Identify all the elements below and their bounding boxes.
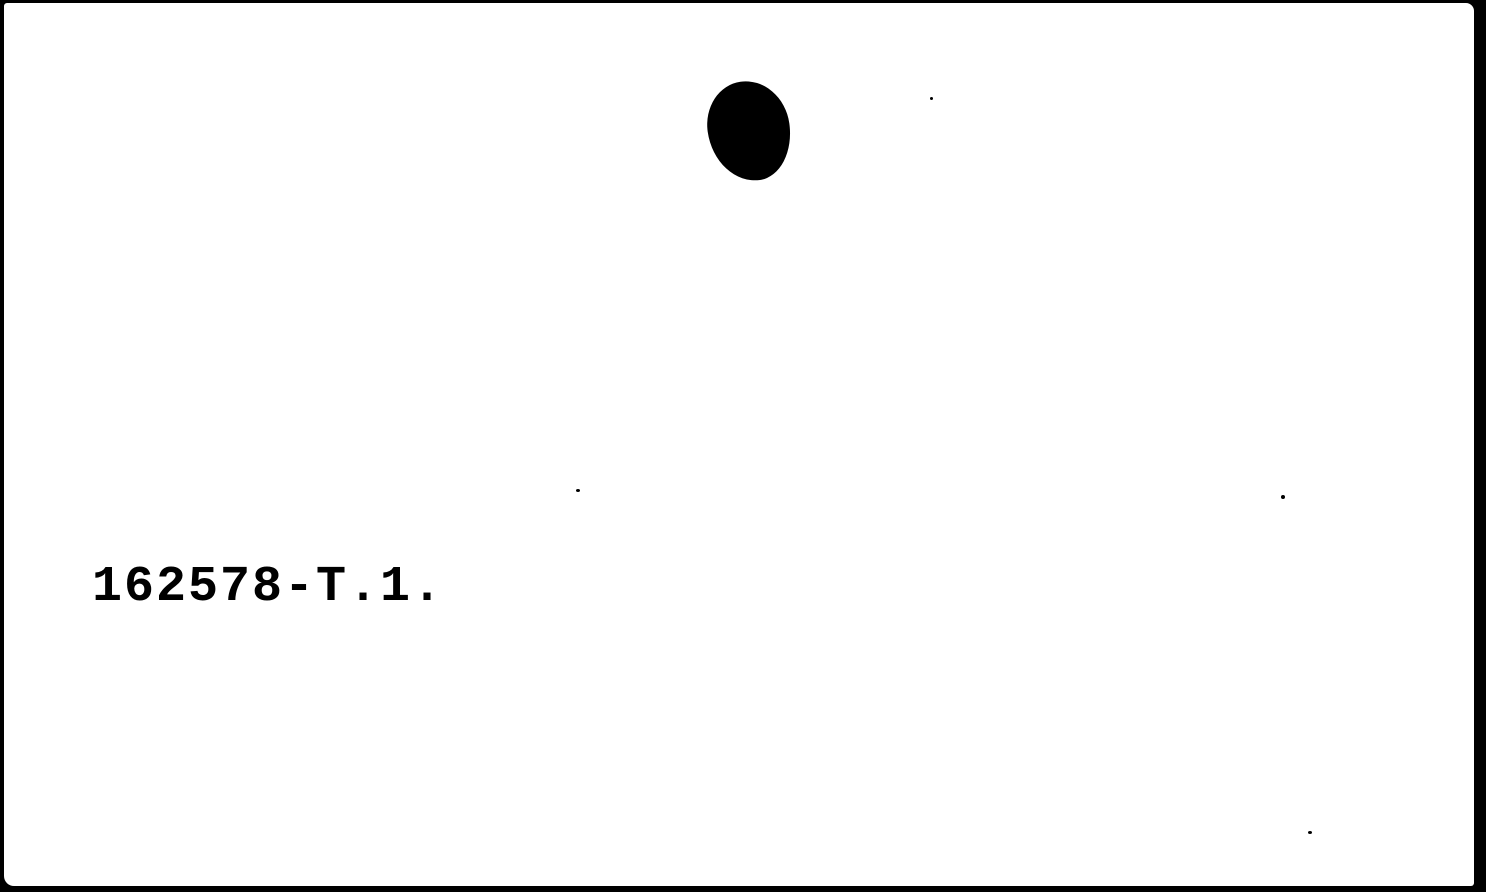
dust-speck [1308, 831, 1312, 834]
dust-speck [930, 97, 933, 100]
card-id-text: 162578-T.1. [92, 559, 444, 616]
dust-speck [1281, 495, 1285, 499]
catalog-card: 162578-T.1. [4, 3, 1474, 886]
dust-speck [576, 489, 580, 492]
punch-hole [701, 76, 796, 186]
